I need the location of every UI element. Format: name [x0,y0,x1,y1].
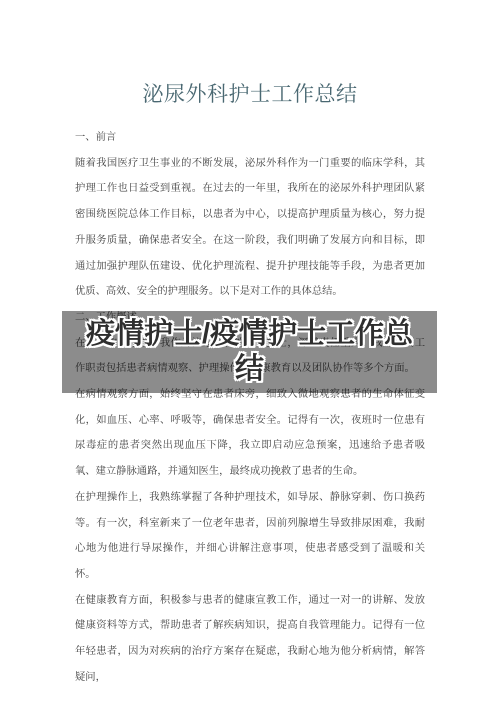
paragraph-nursing-operations: 在护理操作上，我熟练掌握了各种护理技术，如导尿、静脉穿刺、伤口换药等。有一次，科… [75,485,425,588]
watermark-overlay: 疫情护士/疫情护士工作总结 [62,311,437,393]
paragraph-health-education: 在健康教育方面，积极参与患者的健康宣教工作，通过一对一的讲解、发放健康资料等方式… [75,588,425,691]
document-body: 一、前言 随着我国医疗卫生事业的不断发展，泌尿外科作为一门重要的临床学科，其护理… [75,125,425,690]
document-page: 泌尿外科护士工作总结 一、前言 随着我国医疗卫生事业的不断发展，泌尿外科作为一门… [0,0,500,706]
paragraph-foreword: 随着我国医疗卫生事业的不断发展，泌尿外科作为一门重要的临床学科，其护理工作也日益… [75,151,425,305]
watermark-text: 疫情护士/疫情护士工作总结 [78,317,422,387]
page-title: 泌尿外科护士工作总结 [0,83,500,106]
paragraph-condition-observation: 在病情观察方面，始终坚守在患者床旁，细致入微地观察患者的生命体征变化，如血压、心… [75,382,425,485]
section-heading-foreword: 一、前言 [75,125,425,151]
